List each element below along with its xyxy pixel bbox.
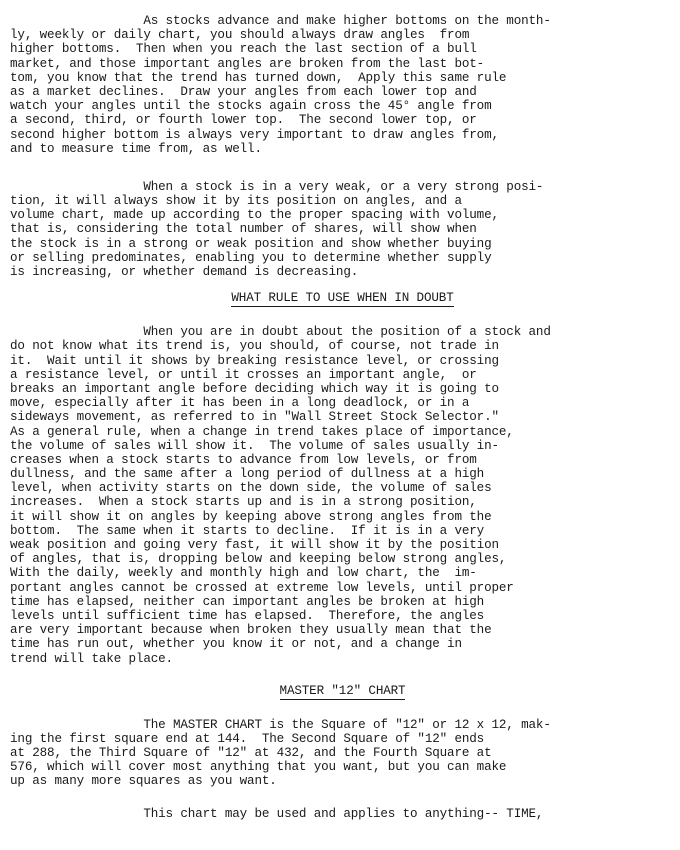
- text-line: With the daily, weekly and monthly high …: [10, 566, 675, 580]
- text-line: at 288, the Third Square of "12" at 432,…: [10, 746, 675, 760]
- text-line: watch your angles until the stocks again…: [10, 99, 675, 113]
- paragraph-master-chart: The MASTER CHART is the Square of "12" o…: [10, 718, 675, 789]
- text-line: levels until sufficient time has elapsed…: [10, 609, 675, 623]
- paragraph-chart-applies: This chart may be used and applies to an…: [10, 807, 675, 821]
- text-line: that is, considering the total number of…: [10, 222, 675, 236]
- text-line: time has run out, whether you know it or…: [10, 637, 675, 651]
- text-line: portant angles cannot be crossed at extr…: [10, 581, 675, 595]
- text-line: a resistance level, or until it crosses …: [10, 368, 675, 382]
- text-line: level, when activity starts on the down …: [10, 481, 675, 495]
- text-line: sideways movement, as referred to in "Wa…: [10, 410, 675, 424]
- text-line: The MASTER CHART is the Square of "12" o…: [10, 718, 675, 732]
- text-line: dullness, and the same after a long peri…: [10, 467, 675, 481]
- paragraph-weak-strong-position: When a stock is in a very weak, or a ver…: [10, 180, 675, 279]
- text-line: time has elapsed, neither can important …: [10, 595, 675, 609]
- text-line: it will show it on angles by keeping abo…: [10, 510, 675, 524]
- paragraph-when-in-doubt: When you are in doubt about the position…: [10, 325, 675, 666]
- text-line: move, especially after it has been in a …: [10, 396, 675, 410]
- text-line: When a stock is in a very weak, or a ver…: [10, 180, 675, 194]
- section-heading-wrap: MASTER "12" CHART: [10, 684, 675, 706]
- text-line: do not know what its trend is, you shoul…: [10, 339, 675, 353]
- text-line: When you are in doubt about the position…: [10, 325, 675, 339]
- paragraph-angles-higher-bottoms: As stocks advance and make higher bottom…: [10, 14, 675, 156]
- text-line: a second, third, or fourth lower top. Th…: [10, 113, 675, 127]
- text-line: trend will take place.: [10, 652, 675, 666]
- text-line: tion, it will always show it by its posi…: [10, 194, 675, 208]
- text-line: creases when a stock starts to advance f…: [10, 453, 675, 467]
- text-line: This chart may be used and applies to an…: [10, 807, 675, 821]
- section-heading-what-rule: WHAT RULE TO USE WHEN IN DOUBT: [231, 291, 453, 307]
- text-line: weak position and going very fast, it wi…: [10, 538, 675, 552]
- section-heading-master-12-chart: MASTER "12" CHART: [280, 684, 406, 700]
- spacer: [10, 156, 675, 180]
- text-line: up as many more squares as you want.: [10, 774, 675, 788]
- text-line: market, and those important angles are b…: [10, 57, 675, 71]
- text-line: are very important because when broken t…: [10, 623, 675, 637]
- text-line: ly, weekly or daily chart, you should al…: [10, 28, 675, 42]
- text-line: of angles, that is, dropping below and k…: [10, 552, 675, 566]
- text-line: increases. When a stock starts up and is…: [10, 495, 675, 509]
- text-line: higher bottoms. Then when you reach the …: [10, 42, 675, 56]
- text-line: or selling predominates, enabling you to…: [10, 251, 675, 265]
- text-line: volume chart, made up according to the p…: [10, 208, 675, 222]
- text-line: breaks an important angle before decidin…: [10, 382, 675, 396]
- typewritten-page: As stocks advance and make higher bottom…: [10, 8, 675, 821]
- text-line: tom, you know that the trend has turned …: [10, 71, 675, 85]
- text-line: and to measure time from, as well.: [10, 142, 675, 156]
- text-line: ing the first square end at 144. The Sec…: [10, 732, 675, 746]
- text-line: it. Wait until it shows by breaking resi…: [10, 354, 675, 368]
- text-line: is increasing, or whether demand is decr…: [10, 265, 675, 279]
- text-line: second higher bottom is always very impo…: [10, 128, 675, 142]
- text-line: 576, which will cover most anything that…: [10, 760, 675, 774]
- text-line: As stocks advance and make higher bottom…: [10, 14, 675, 28]
- text-line: the stock is in a strong or weak positio…: [10, 237, 675, 251]
- text-line: As a general rule, when a change in tren…: [10, 425, 675, 439]
- text-line: as a market declines. Draw your angles f…: [10, 85, 675, 99]
- text-line: the volume of sales will show it. The vo…: [10, 439, 675, 453]
- text-line: bottom. The same when it starts to decli…: [10, 524, 675, 538]
- section-heading-wrap: WHAT RULE TO USE WHEN IN DOUBT: [10, 291, 675, 313]
